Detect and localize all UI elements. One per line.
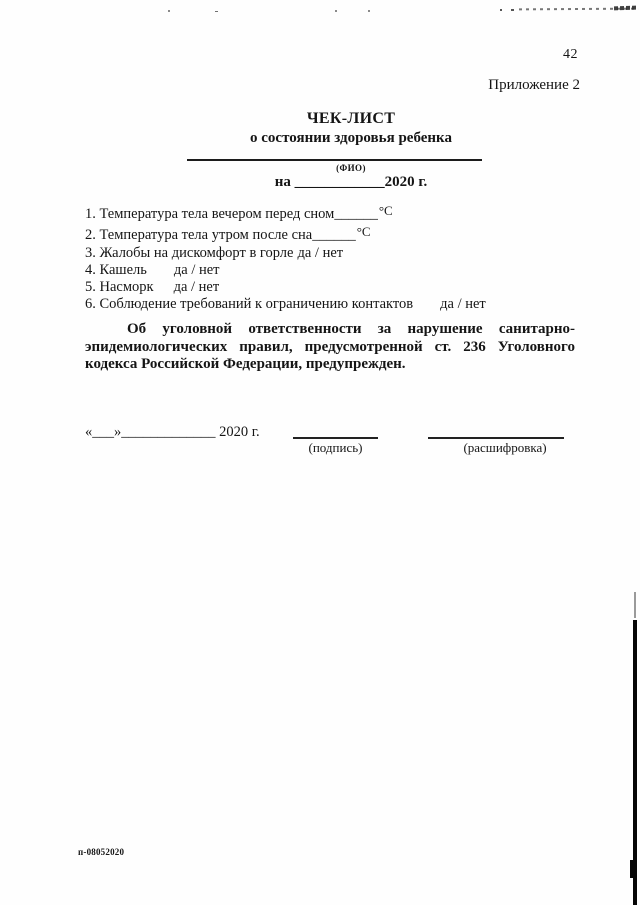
legal-line: Об уголовной ответственности за нарушени…	[85, 321, 575, 339]
checklist-item-temperature-morning: 2. Температура тела утром после сна_____…	[85, 223, 585, 244]
transcript-caption: (расшифровка)	[440, 440, 570, 456]
fill-in-blank: ______	[334, 206, 378, 222]
scan-edge-bar	[630, 860, 637, 878]
scan-noise-dot	[335, 10, 337, 12]
checklist-item-contact-restriction: 6. Соблюдение требований к ограничению к…	[85, 296, 585, 313]
yes-no-choice: да / нет	[440, 296, 486, 312]
health-checklist: 1. Температура тела вечером перед сном__…	[85, 202, 585, 314]
scan-noise-dot	[168, 10, 170, 12]
checklist-item-throat: 3. Жалобы на дискомфорт в горледа / нет	[85, 245, 585, 262]
yes-no-choice: да / нет	[297, 245, 343, 261]
transcript-underline	[428, 437, 564, 439]
legal-line: кодекса Российской Федерации, предупрежд…	[85, 356, 575, 374]
document-title: ЧЕК-ЛИСТ	[62, 110, 640, 128]
checklist-item-temperature-evening: 1. Температура тела вечером перед сном__…	[85, 202, 585, 223]
signature-caption: (подпись)	[288, 440, 383, 456]
item-text: 2. Температура тела утром после сна	[85, 227, 312, 243]
yes-no-choice: да / нет	[174, 279, 220, 295]
item-text: 3. Жалобы на дискомфорт в горле	[85, 245, 293, 261]
checklist-item-cough: 4. Кашельда / нет	[85, 262, 585, 279]
scan-noise-dot	[500, 9, 502, 11]
legal-warning-paragraph: Об уголовной ответственности за нарушени…	[85, 321, 575, 374]
degree-unit: °С	[379, 203, 393, 218]
page-number: 42	[563, 47, 578, 63]
item-text: 1. Температура тела вечером перед сном	[85, 206, 334, 222]
item-text: 6. Соблюдение требований к ограничению к…	[85, 296, 413, 312]
fio-caption: (ФИО)	[62, 163, 640, 173]
footer-document-code: п-08052020	[78, 847, 124, 857]
signature-underline	[293, 437, 378, 439]
scanned-document-page: 42 Приложение 2 ЧЕК-ЛИСТ о состоянии здо…	[0, 0, 640, 905]
scan-noise-dot	[511, 9, 514, 11]
item-text: 4. Кашель	[85, 262, 147, 278]
fio-underline	[187, 159, 482, 161]
checklist-item-runny-nose: 5. Насморкда / нет	[85, 279, 585, 296]
degree-unit: °С	[357, 224, 371, 239]
legal-line: эпидемиологических правил, предусмотренн…	[85, 339, 575, 357]
fill-in-blank: ______	[312, 227, 356, 243]
header-date-line: на ____________2020 г.	[62, 174, 640, 191]
scan-noise-squiggle	[614, 6, 638, 11]
signature-date-line: «___»_____________ 2020 г.	[85, 424, 260, 441]
item-text: 5. Насморк	[85, 279, 154, 295]
scan-noise-dot	[368, 10, 370, 12]
appendix-label: Приложение 2	[488, 77, 580, 94]
scan-edge-shadow	[634, 592, 636, 618]
scan-noise-dot	[215, 11, 218, 12]
yes-no-choice: да / нет	[174, 262, 220, 278]
document-subtitle: о состоянии здоровья ребенка	[62, 130, 640, 147]
